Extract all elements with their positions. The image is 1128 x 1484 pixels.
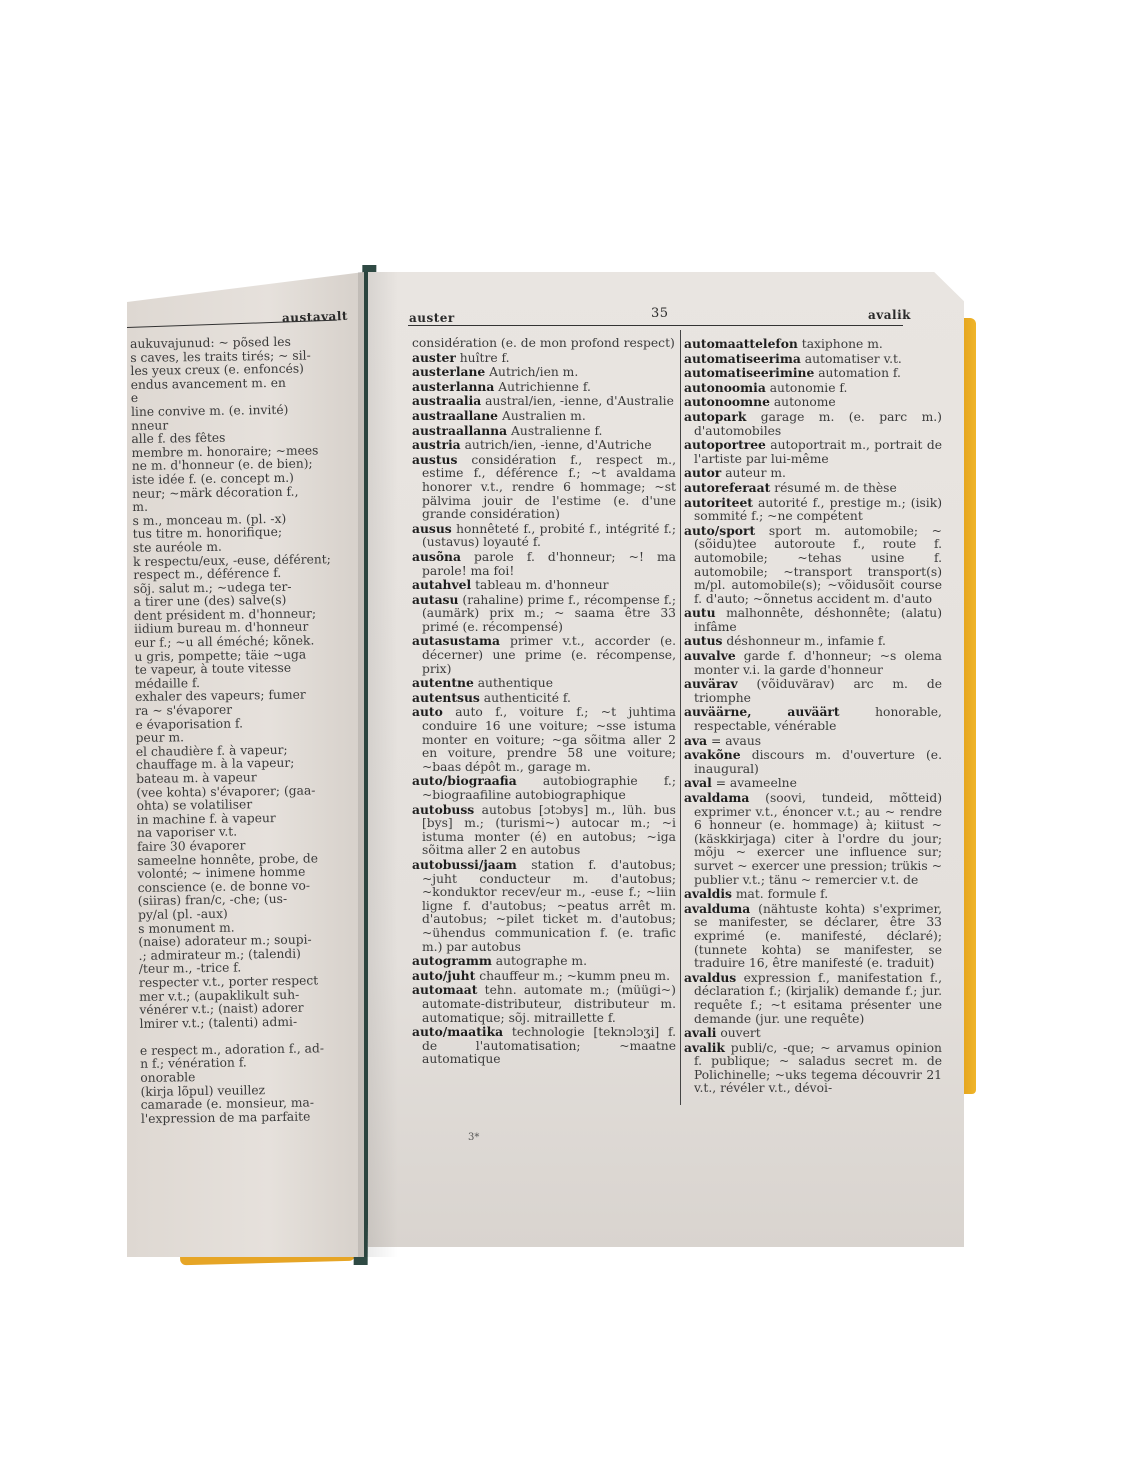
definition: malhonnête, déshonnête; (alatu) infâme [694,606,942,634]
definition: ouvert [720,1026,760,1040]
headword: austraallane [412,408,498,423]
definition: tableau m. d'honneur [475,578,608,592]
definition: Australienne f. [511,424,602,438]
open-dictionary-photo: austavalt auster 35 avalik aukuvajunud: … [0,0,1128,1484]
definition: taxiphone m. [802,337,883,351]
dictionary-entry: avaldis mat. formule f. [684,887,942,902]
dictionary-entry: auto/biograafia autobiographie f.; ~biog… [412,774,676,802]
definition: = avaus [711,734,761,748]
headword: avalik [684,1040,725,1055]
definition: automatiser v.t. [805,352,902,366]
headword: aval [684,775,712,790]
headword: austerlane [412,364,485,379]
headword: ausõna [412,549,461,564]
dictionary-entry: austria autrich/ien, -ienne, d'Autriche [412,438,676,453]
definition: autrich/ien, -ienne, d'Autriche [465,438,652,452]
right-page-column-2: automaattelefon taxiphone m.automatiseer… [684,337,942,1096]
headword: automatiseerima [684,351,801,366]
definition: auto f., voiture f.; ~t juhtima conduire… [422,705,676,773]
definition: déshonneur m., infamie f. [726,634,886,648]
left-page-column: aukuvajunud: ~ põsed less caves, les tra… [130,335,351,1126]
headword: autonoomne [684,394,770,409]
headword: austria [412,437,461,452]
headword: auto/maatika [412,1024,503,1039]
headword: austerlanna [412,379,494,394]
dictionary-entry: autasustama primer v.t., accorder (e. dé… [412,634,676,676]
dictionary-entry: automaat tehn. automate m.; (müügi~) aut… [412,983,676,1025]
headword: autu [684,605,716,620]
dictionary-entry: autoreferaat résumé m. de thèse [684,481,942,496]
dictionary-entry: auto/juht chauffeur m.; ~kumm pneu m. [412,969,676,984]
definition: considération f., respect m., estime f.,… [422,453,676,521]
dictionary-entry: ausõna parole f. d'honneur; ~! ma parole… [412,550,676,578]
dictionary-entry: avali ouvert [684,1026,942,1041]
headword: autoportree [684,437,766,452]
dictionary-entry: considération (e. de mon profond respect… [412,337,676,351]
definition: (soovi, tundeid, mõtteid) exprimer v.t.,… [694,791,942,887]
definition: huître f. [460,351,510,365]
dictionary-entry: austus considération f., respect m., est… [412,453,676,522]
dictionary-entry: autasu (rahaline) prime f., récompense f… [412,593,676,635]
dictionary-entry: autus déshonneur m., infamie f. [684,634,942,649]
headword: autahvel [412,577,471,592]
dictionary-entry: auster huître f. [412,351,676,366]
gutter-shadow [358,272,398,1257]
left-running-head: austavalt [282,309,348,325]
dictionary-entry: ausus honnêteté f., probité f., intégrit… [412,522,676,550]
dictionary-entry: auvärav (võiduvärav) arc m. de triomphe [684,677,942,705]
dictionary-entry: avalduma (nähtuste kohta) s'exprimer, se… [684,902,942,971]
headword: autonoomia [684,380,766,395]
headword: auto/biograafia [412,773,517,788]
dictionary-entry: avaldus expression f., manifestation f.,… [684,971,942,1026]
definition: auteur m. [725,466,786,480]
dictionary-entry: autoportree autoportrait m., portrait de… [684,438,942,466]
dictionary-entry: austerlane Autrich/ien m. [412,365,676,380]
dictionary-entry: autentsus authenticité f. [412,691,676,706]
dictionary-entry: avaldama (soovi, tundeid, mõtteid) expri… [684,791,942,887]
definition: honnêteté f., probité f., intégrité f.; … [422,522,676,550]
headword: autor [684,465,721,480]
headword: autasu [412,592,458,607]
definition: automation f. [818,366,901,380]
headword: automatiseerimine [684,365,814,380]
definition: considération (e. de mon profond respect… [412,336,675,350]
dictionary-entry: ava = avaus [684,734,942,749]
definition: Autrich/ien m. [489,365,578,379]
headword: auster [412,350,456,365]
definition: Australien m. [502,409,586,423]
headword: auto [412,704,443,719]
definition: autonome [774,395,836,409]
headword: automaat [412,982,477,997]
headword: austus [412,452,457,467]
definition: Autrichienne f. [498,380,591,394]
definition: authenticité f. [484,691,571,705]
dictionary-entry: austraallane Australien m. [412,409,676,424]
headword: autogramm [412,953,492,968]
definition: autonomie f. [770,381,848,395]
column-divider [680,330,681,1105]
right-page-column-1: considération (e. de mon profond respect… [412,337,676,1067]
headword: autopark [684,409,746,424]
headword: avaldis [684,886,732,901]
headword: automaattelefon [684,336,798,351]
dictionary-entry: autobuss autobus [ɔtɔbys] m., lüh. bus [… [412,803,676,858]
definition: autographe m. [496,954,587,968]
headword: autobussi/jaam [412,857,517,872]
dictionary-entry: austraallanna Australienne f. [412,424,676,439]
dictionary-entry: avalik publi/c, -que; ~ arvamus opinion … [684,1041,942,1096]
headword: avali [684,1025,716,1040]
right-running-head-last: avalik [868,308,911,322]
definition: austral/ien, -ienne, d'Australie [485,394,674,408]
headword: austraalia [412,393,481,408]
definition: mat. formule f. [736,887,828,901]
dictionary-entry: auto/sport sport m. automobile; ~(sõidu)… [684,524,942,607]
headword: austraallanna [412,423,507,438]
headword: autentne [412,675,474,690]
headword: auväärne, auväärt [684,704,840,719]
headword: auto/juht [412,968,475,983]
dictionary-entry: autonoomia autonomie f. [684,381,942,396]
headword: avalduma [684,901,750,916]
headword: auvalve [684,648,736,663]
dictionary-entry: automatiseerima automatiser v.t. [684,352,942,367]
dictionary-entry: aval = avameelne [684,776,942,791]
definition: station f. d'autobus; ~juht conducteur m… [422,858,676,954]
dictionary-entry: autu malhonnête, déshonnête; (alatu) inf… [684,606,942,634]
dictionary-entry: autonoomne autonome [684,395,942,410]
headword: autasustama [412,633,500,648]
dictionary-entry: autobussi/jaam station f. d'autobus; ~ju… [412,858,676,954]
page-number: 35 [651,306,669,321]
right-header-rule [408,325,903,326]
definition: parole f. d'honneur; ~! ma parole! ma fo… [422,550,676,578]
dictionary-entry: auvalve garde f. d'honneur; ~s olema mon… [684,649,942,677]
dictionary-entry: auväärne, auväärt honorable, respectable… [684,705,942,733]
dictionary-entry: autoriteet autorité f., prestige m.; (is… [684,496,942,524]
right-running-head-first: auster [409,311,455,325]
dictionary-entry: autopark garage m. (e. parc m.) d'automo… [684,410,942,438]
dictionary-entry: avakõne discours m. d'ouverture (e. inau… [684,748,942,776]
headword: auto/sport [684,523,755,538]
definition: (rahaline) prime f., récompense f.; (aum… [422,593,676,634]
dictionary-entry: austraalia austral/ien, -ienne, d'Austra… [412,394,676,409]
definition: = avameelne [716,776,797,790]
headword: autoreferaat [684,480,770,495]
definition: authentique [478,676,553,690]
headword: avaldama [684,790,749,805]
dictionary-entry: austerlanna Autrichienne f. [412,380,676,395]
dictionary-entry: autor auteur m. [684,466,942,481]
dictionary-entry: automaattelefon taxiphone m. [684,337,942,352]
definition: résumé m. de thèse [774,481,897,495]
dictionary-entry: auto auto f., voiture f.; ~t juhtima con… [412,705,676,774]
definition: chauffeur m.; ~kumm pneu m. [479,969,670,983]
headword: autentsus [412,690,480,705]
headword: avaldus [684,970,736,985]
dictionary-entry: autahvel tableau m. d'honneur [412,578,676,593]
headword: ava [684,733,707,748]
signature-mark: 3* [468,1132,479,1143]
dictionary-entry: automatiseerimine automation f. [684,366,942,381]
headword: avakõne [684,747,741,762]
headword: autus [684,633,722,648]
dictionary-entry: auto/maatika technologie [teknɔlɔʒi] f. … [412,1025,676,1067]
headword: auvärav [684,676,738,691]
definition: publi/c, -que; ~ arvamus opinion f. publ… [694,1041,942,1096]
headword: autobuss [412,802,474,817]
headword: autoriteet [684,495,753,510]
dictionary-entry: autogramm autographe m. [412,954,676,969]
headword: ausus [412,521,452,536]
dictionary-entry: autentne authentique [412,676,676,691]
